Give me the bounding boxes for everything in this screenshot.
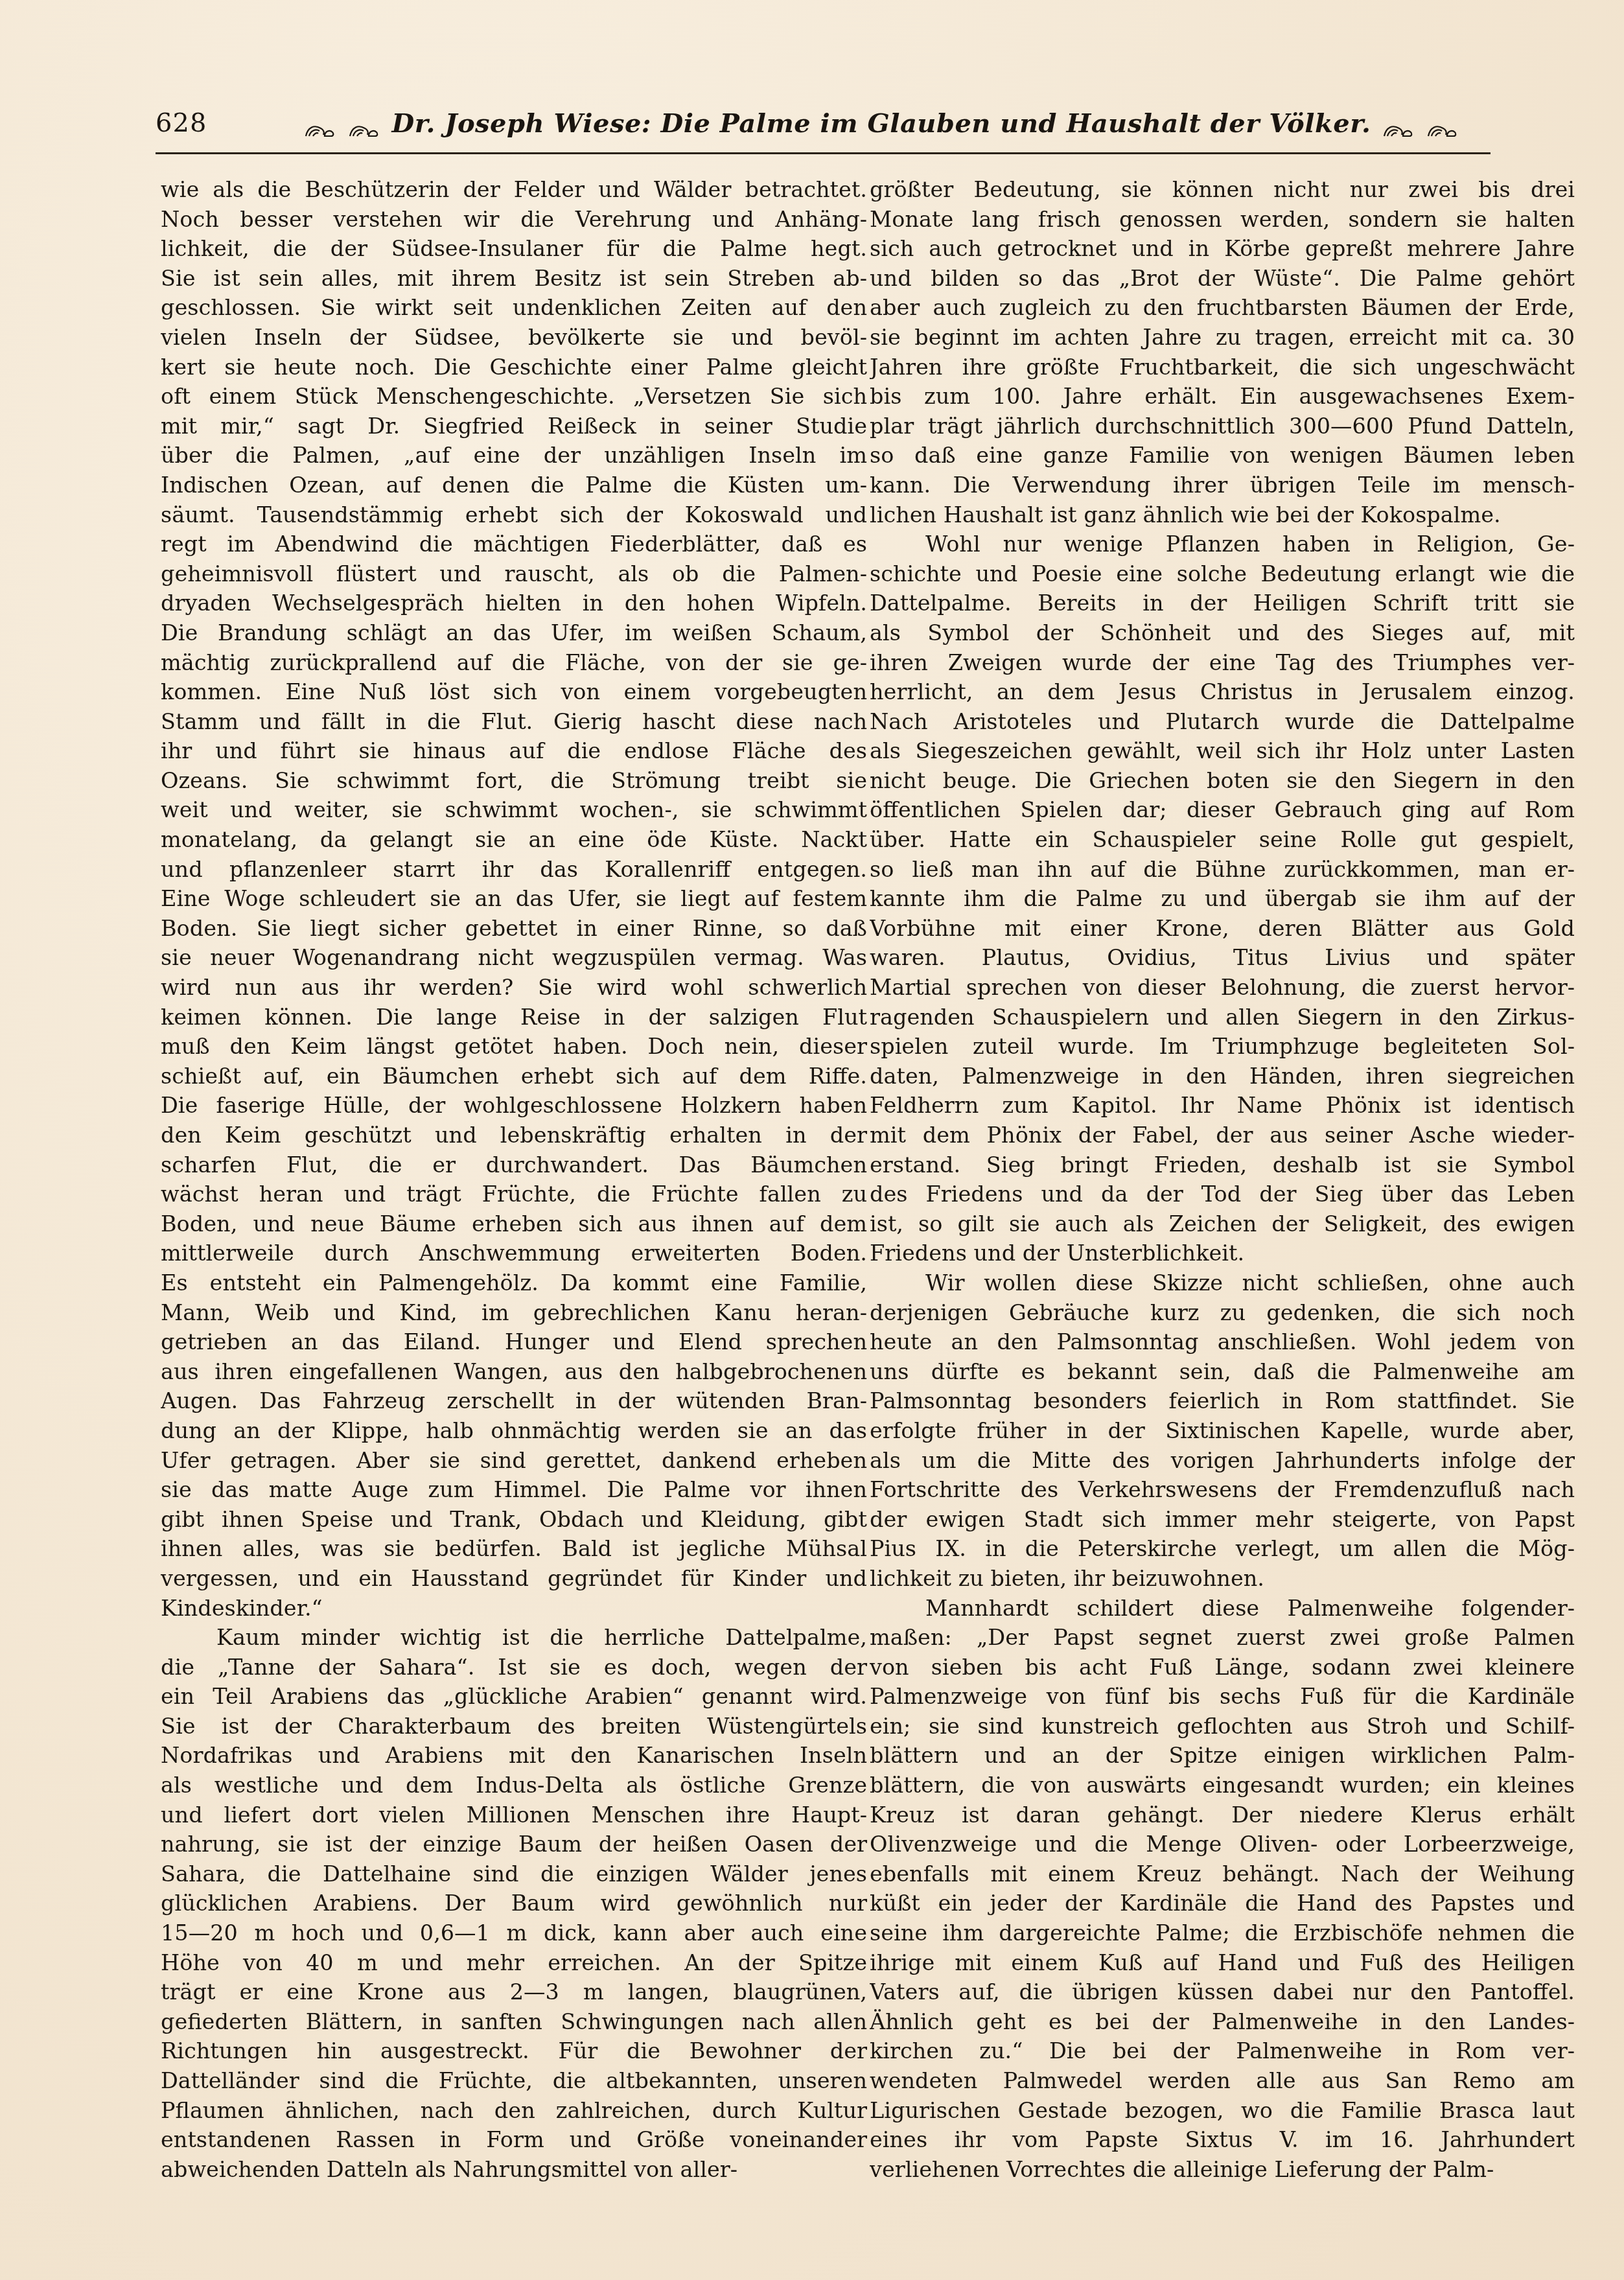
text-line: Palmsonntag besonders feierlich in Rom s… bbox=[870, 1386, 1575, 1416]
text-line: Indischen Ozean, auf denen die Palme die… bbox=[161, 471, 867, 500]
text-line: lichen Haushalt ist ganz ähnlich wie bei… bbox=[870, 500, 1575, 530]
text-line: daten, Palmenzweige in den Händen, ihren… bbox=[870, 1062, 1575, 1091]
text-line: mit mir,“ sagt Dr. Siegfried Reißeck in … bbox=[161, 412, 867, 441]
text-line: derjenigen Gebräuche kurz zu gedenken, d… bbox=[870, 1298, 1575, 1328]
acanthus-ornament-icon bbox=[1426, 115, 1459, 132]
paragraph: wie als die Beschützerin der Felder und … bbox=[161, 175, 867, 1623]
text-line: ragenden Schauspielern und allen Siegern… bbox=[870, 1003, 1575, 1032]
text-line: monatelang, da gelangt sie an eine öde K… bbox=[161, 825, 867, 855]
text-line: oft einem Stück Menschengeschichte. „Ver… bbox=[161, 382, 867, 412]
text-line: bis zum 100. Jahre erhält. Ein ausgewach… bbox=[870, 382, 1575, 412]
paragraph: Wir wollen diese Skizze nicht schließen,… bbox=[870, 1268, 1575, 1594]
text-line: Kreuz ist daran gehängt. Der niedere Kle… bbox=[870, 1800, 1575, 1830]
text-line: Noch besser verstehen wir die Verehrung … bbox=[161, 205, 867, 235]
text-line: blättern und an der Spitze einigen wirkl… bbox=[870, 1741, 1575, 1771]
text-line: eines ihr vom Papste Sixtus V. im 16. Ja… bbox=[870, 2125, 1575, 2155]
text-line: mächtig zurückprallend auf die Fläche, v… bbox=[161, 648, 867, 678]
text-line: muß den Keim längst getötet haben. Doch … bbox=[161, 1032, 867, 1062]
text-line: und liefert dort vielen Millionen Mensch… bbox=[161, 1800, 867, 1830]
text-line: ebenfalls mit einem Kreuz behängt. Nach … bbox=[870, 1859, 1575, 1889]
text-line: wird nun aus ihr werden? Sie wird wohl s… bbox=[161, 973, 867, 1003]
text-line: trägt er eine Krone aus 2—3 m langen, bl… bbox=[161, 1977, 867, 2007]
text-line: scharfen Flut, die er durchwandert. Das … bbox=[161, 1150, 867, 1180]
text-line: Ligurischen Gestade bezogen, wo die Fami… bbox=[870, 2096, 1575, 2126]
text-line: des Friedens und da der Tod der Sieg übe… bbox=[870, 1180, 1575, 1209]
text-line: erfolgte früher in der Sixtinischen Kape… bbox=[870, 1416, 1575, 1446]
text-line: geheimnisvoll flüstert und rauscht, als … bbox=[161, 559, 867, 589]
text-line: ihr und führt sie hinaus auf die endlose… bbox=[161, 736, 867, 766]
text-line: Wir wollen diese Skizze nicht schließen,… bbox=[870, 1268, 1575, 1298]
text-line: kert sie heute noch. Die Geschichte eine… bbox=[161, 353, 867, 382]
text-line: Friedens und der Unsterblichkeit. bbox=[870, 1239, 1575, 1268]
text-line: Ähnlich geht es bei der Palmenweihe in d… bbox=[870, 2007, 1575, 2037]
text-line: keimen können. Die lange Reise in der sa… bbox=[161, 1003, 867, 1032]
text-line: über die Palmen, „auf eine der unzählige… bbox=[161, 441, 867, 471]
text-line: waren. Plautus, Ovidius, Titus Livius un… bbox=[870, 943, 1575, 973]
text-line: Dattelländer sind die Früchte, die altbe… bbox=[161, 2066, 867, 2096]
running-header: 628 Dr. Joseph Wiese: Die Palme im Glaub… bbox=[156, 100, 1491, 146]
text-line: säumt. Tausendstämmig erhebt sich der Ko… bbox=[161, 500, 867, 530]
text-line: Die faserige Hülle, der wohlgeschlossene… bbox=[161, 1091, 867, 1121]
text-line: so ließ man ihn auf die Bühne zurückkomm… bbox=[870, 855, 1575, 885]
text-line: ihrige mit einem Kuß auf Hand und Fuß de… bbox=[870, 1948, 1575, 1978]
text-line: Pflaumen ähnlichen, nach den zahlreichen… bbox=[161, 2096, 867, 2126]
text-line: Ozeans. Sie schwimmt fort, die Strömung … bbox=[161, 766, 867, 796]
text-line: Ufer getragen. Aber sie sind gerettet, d… bbox=[161, 1446, 867, 1476]
page-number: 628 bbox=[156, 108, 272, 138]
text-line: als um die Mitte des vorigen Jahrhundert… bbox=[870, 1446, 1575, 1476]
paragraph: größter Bedeutung, sie können nicht nur … bbox=[870, 175, 1575, 529]
text-line: seine ihm dargereichte Palme; die Erzbis… bbox=[870, 1918, 1575, 1948]
text-line: 15—20 m hoch und 0,6—1 m dick, kann aber… bbox=[161, 1918, 867, 1948]
text-line: Mannhardt schildert diese Palmenweihe fo… bbox=[870, 1594, 1575, 1623]
text-line: als Siegeszeichen gewählt, weil sich ihr… bbox=[870, 736, 1575, 766]
paragraph: Mannhardt schildert diese Palmenweihe fo… bbox=[870, 1594, 1575, 2185]
text-line: schichte und Poesie eine solche Bedeutun… bbox=[870, 559, 1575, 589]
text-line: sich auch getrocknet und in Körbe gepreß… bbox=[870, 234, 1575, 264]
text-line: Pius IX. in die Peterskirche verlegt, um… bbox=[870, 1534, 1575, 1564]
text-line: Vorbühne mit einer Krone, deren Blätter … bbox=[870, 914, 1575, 944]
text-line: ihnen alles, was sie bedürfen. Bald ist … bbox=[161, 1534, 867, 1564]
text-line: sie neuer Wogenandrang nicht wegzuspülen… bbox=[161, 943, 867, 973]
text-line: kannte ihm die Palme zu und übergab sie … bbox=[870, 884, 1575, 914]
text-line: gibt ihnen Speise und Trank, Obdach und … bbox=[161, 1505, 867, 1535]
text-line: maßen: „Der Papst segnet zuerst zwei gro… bbox=[870, 1623, 1575, 1653]
text-line: Palmenzweige von fünf bis sechs Fuß für … bbox=[870, 1682, 1575, 1712]
text-line: und pflanzenleer starrt ihr das Korallen… bbox=[161, 855, 867, 885]
text-line: Olivenzweige und die Menge Oliven- oder … bbox=[870, 1830, 1575, 1859]
text-line: mit dem Phönix der Fabel, der aus seiner… bbox=[870, 1121, 1575, 1150]
text-line: Nach Aristoteles und Plutarch wurde die … bbox=[870, 707, 1575, 737]
text-line: kirchen zu.“ Die bei der Palmenweihe in … bbox=[870, 2036, 1575, 2066]
text-line: kann. Die Verwendung ihrer übrigen Teile… bbox=[870, 471, 1575, 500]
text-line: Kaum minder wichtig ist die herrliche Da… bbox=[161, 1623, 867, 1653]
text-line: abweichenden Datteln als Nahrungsmittel … bbox=[161, 2155, 867, 2185]
text-line: ihren Zweigen wurde der eine Tag des Tri… bbox=[870, 648, 1575, 678]
text-line: weit und weiter, sie schwimmt wochen-, s… bbox=[161, 795, 867, 825]
text-line: Mann, Weib und Kind, im gebrechlichen Ka… bbox=[161, 1298, 867, 1328]
text-line: Vaters auf, die übrigen küssen dabei nur… bbox=[870, 1977, 1575, 2007]
text-line: gefiederten Blättern, in sanften Schwing… bbox=[161, 2007, 867, 2037]
text-line: ein; sie sind kunstreich geflochten aus … bbox=[870, 1712, 1575, 1741]
text-line: sie das matte Auge zum Himmel. Die Palme… bbox=[161, 1475, 867, 1505]
text-line: vergessen, und ein Hausstand gegründet f… bbox=[161, 1564, 867, 1594]
text-line: Jahren ihre größte Fruchtbarkeit, die si… bbox=[870, 353, 1575, 382]
text-line: nahrung, sie ist der einzige Baum der he… bbox=[161, 1830, 867, 1859]
text-line: Feldherrn zum Kapitol. Ihr Name Phönix i… bbox=[870, 1091, 1575, 1121]
text-line: lichkeit zu bieten, ihr beizuwohnen. bbox=[870, 1564, 1575, 1594]
text-line: getrieben an das Eiland. Hunger und Elen… bbox=[161, 1327, 867, 1357]
text-line: mittlerweile durch Anschwemmung erweiter… bbox=[161, 1239, 867, 1268]
text-line: über. Hatte ein Schauspieler seine Rolle… bbox=[870, 825, 1575, 855]
paragraph: Kaum minder wichtig ist die herrliche Da… bbox=[161, 1623, 867, 2184]
text-line: Martial sprechen von dieser Belohnung, d… bbox=[870, 973, 1575, 1003]
text-line: regt im Abendwind die mächtigen Fiederbl… bbox=[161, 529, 867, 559]
text-line: Fortschritte des Verkehrswesens der Frem… bbox=[870, 1475, 1575, 1505]
text-line: aber auch zugleich zu den fruchtbarsten … bbox=[870, 293, 1575, 323]
text-line: dung an der Klippe, halb ohnmächtig werd… bbox=[161, 1416, 867, 1446]
text-line: Die Brandung schlägt an das Ufer, im wei… bbox=[161, 618, 867, 648]
text-line: kommen. Eine Nuß löst sich von einem vor… bbox=[161, 677, 867, 707]
text-line: verliehenen Vorrechtes die alleinige Lie… bbox=[870, 2155, 1575, 2185]
acanthus-ornament-icon bbox=[1382, 115, 1415, 132]
text-line: den Keim geschützt und lebenskräftig erh… bbox=[161, 1121, 867, 1150]
text-line: heute an den Palmsonntag anschließen. Wo… bbox=[870, 1327, 1575, 1357]
text-line: entstandenen Rassen in Form und Größe vo… bbox=[161, 2125, 867, 2155]
text-line: Nordafrikas und Arabiens mit den Kanaris… bbox=[161, 1741, 867, 1771]
text-line: wendeten Palmwedel werden alle aus San R… bbox=[870, 2066, 1575, 2096]
document-page: 628 Dr. Joseph Wiese: Die Palme im Glaub… bbox=[0, 0, 1624, 2280]
text-line: uns dürfte es bekannt sein, daß die Palm… bbox=[870, 1357, 1575, 1387]
text-line: Monate lang frisch genossen werden, sond… bbox=[870, 205, 1575, 235]
text-line: Kindeskinder.“ bbox=[161, 1594, 867, 1623]
text-line: Sahara, die Dattelhaine sind die einzige… bbox=[161, 1859, 867, 1889]
text-line: lichkeit, die der Südsee-Insulaner für d… bbox=[161, 234, 867, 264]
text-line: von sieben bis acht Fuß Länge, sodann zw… bbox=[870, 1653, 1575, 1682]
text-line: spielen zuteil wurde. Im Triumphzuge beg… bbox=[870, 1032, 1575, 1062]
text-line: erstand. Sieg bringt Frieden, deshalb is… bbox=[870, 1150, 1575, 1180]
text-line: Augen. Das Fahrzeug zerschellt in der wü… bbox=[161, 1386, 867, 1416]
text-line: Sie ist sein alles, mit ihrem Besitz ist… bbox=[161, 264, 867, 294]
acanthus-ornament-icon bbox=[348, 115, 380, 132]
text-line: plar trägt jährlich durchschnittlich 300… bbox=[870, 412, 1575, 441]
right-column: größter Bedeutung, sie können nicht nur … bbox=[870, 175, 1575, 2184]
text-line: die „Tanne der Sahara“. Ist sie es doch,… bbox=[161, 1653, 867, 1682]
text-line: Eine Woge schleudert sie an das Ufer, si… bbox=[161, 884, 867, 914]
text-line: Dattelpalme. Bereits in der Heiligen Sch… bbox=[870, 588, 1575, 618]
text-line: Richtungen hin ausgestreckt. Für die Bew… bbox=[161, 2036, 867, 2066]
text-line: wächst heran und trägt Früchte, die Früc… bbox=[161, 1180, 867, 1209]
text-line: so daß eine ganze Familie von wenigen Bä… bbox=[870, 441, 1575, 471]
article-title: Dr. Joseph Wiese: Die Palme im Glauben u… bbox=[392, 108, 1371, 139]
text-line: der ewigen Stadt sich immer mehr steiger… bbox=[870, 1505, 1575, 1535]
text-line: sie beginnt im achten Jahre zu tragen, e… bbox=[870, 323, 1575, 353]
text-line: als Symbol der Schönheit und des Sieges … bbox=[870, 618, 1575, 648]
text-line: größter Bedeutung, sie können nicht nur … bbox=[870, 175, 1575, 205]
text-line: Boden. Sie liegt sicher gebettet in eine… bbox=[161, 914, 867, 944]
text-line: Stamm und fällt in die Flut. Gierig hasc… bbox=[161, 707, 867, 737]
text-line: aus ihren eingefallenen Wangen, aus den … bbox=[161, 1357, 867, 1387]
text-line: küßt ein jeder der Kardinäle die Hand de… bbox=[870, 1889, 1575, 1918]
acanthus-ornament-icon bbox=[304, 115, 336, 132]
text-line: ein Teil Arabiens das „glückliche Arabie… bbox=[161, 1682, 867, 1712]
text-line: und bilden so das „Brot der Wüste“. Die … bbox=[870, 264, 1575, 294]
text-line: vielen Inseln der Südsee, bevölkerte sie… bbox=[161, 323, 867, 353]
running-title-block: Dr. Joseph Wiese: Die Palme im Glauben u… bbox=[272, 108, 1491, 139]
left-column: wie als die Beschützerin der Felder und … bbox=[161, 175, 867, 2184]
text-line: herrlicht, an dem Jesus Christus in Jeru… bbox=[870, 677, 1575, 707]
text-line: schießt auf, ein Bäumchen erhebt sich au… bbox=[161, 1062, 867, 1091]
text-line: Sie ist der Charakterbaum des breiten Wü… bbox=[161, 1712, 867, 1741]
text-line: blättern, die von auswärts eingesandt wu… bbox=[870, 1771, 1575, 1800]
text-line: wie als die Beschützerin der Felder und … bbox=[161, 175, 867, 205]
text-line: nicht beuge. Die Griechen boten sie den … bbox=[870, 766, 1575, 796]
text-line: geschlossen. Sie wirkt seit undenklichen… bbox=[161, 293, 867, 323]
text-line: Es entsteht ein Palmengehölz. Da kommt e… bbox=[161, 1268, 867, 1298]
text-line: Höhe von 40 m und mehr erreichen. An der… bbox=[161, 1948, 867, 1978]
paragraph: Wohl nur wenige Pflanzen haben in Religi… bbox=[870, 529, 1575, 1268]
header-rule bbox=[156, 152, 1491, 154]
text-line: öffentlichen Spielen dar; dieser Gebrauc… bbox=[870, 795, 1575, 825]
text-line: als westliche und dem Indus-Delta als ös… bbox=[161, 1771, 867, 1800]
text-line: glücklichen Arabiens. Der Baum wird gewö… bbox=[161, 1889, 867, 1918]
text-line: Boden, und neue Bäume erheben sich aus i… bbox=[161, 1209, 867, 1239]
text-line: Wohl nur wenige Pflanzen haben in Religi… bbox=[870, 529, 1575, 559]
text-line: ist, so gilt sie auch als Zeichen der Se… bbox=[870, 1209, 1575, 1239]
text-line: dryaden Wechselgespräch hielten in den h… bbox=[161, 588, 867, 618]
